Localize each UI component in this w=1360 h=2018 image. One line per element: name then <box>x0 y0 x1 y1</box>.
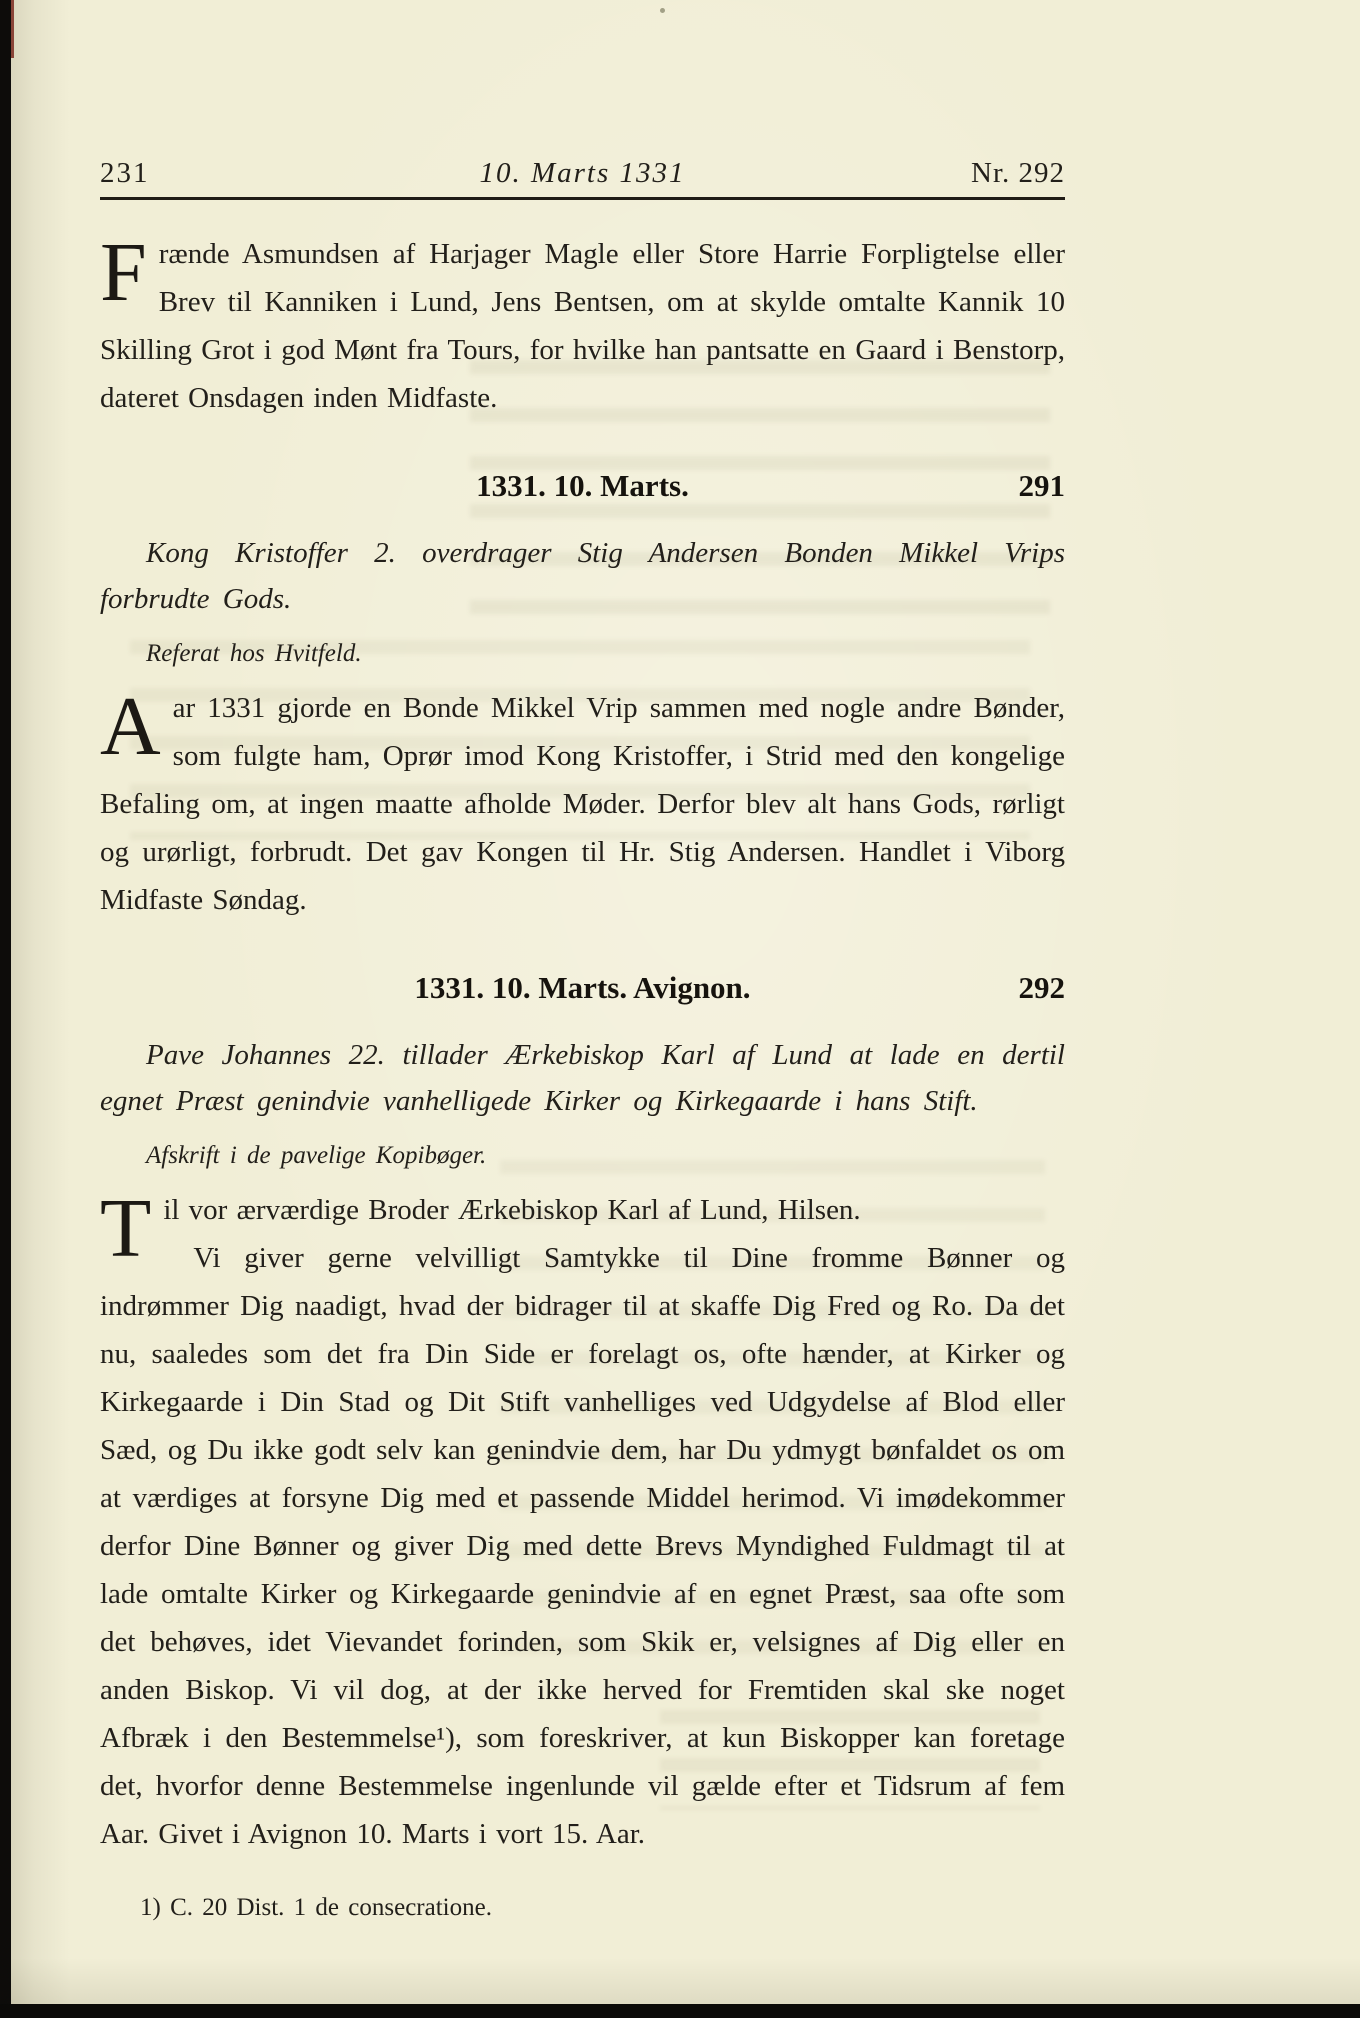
record-number: 292 <box>1019 970 1066 1006</box>
record-heading-row: 1331. 10. Marts. 291 <box>100 468 1065 504</box>
scan-edge-bottom <box>0 2004 1360 2018</box>
book-page: 231 10. Marts 1331 Nr. 292 Frænde Asmund… <box>100 150 1065 1924</box>
page-header: 231 10. Marts 1331 Nr. 292 <box>100 150 1065 190</box>
header-rule <box>100 197 1065 200</box>
record-number: 291 <box>1019 468 1066 504</box>
continuation-text: rænde Asmundsen af Harjager Magle eller … <box>100 238 1065 414</box>
drop-cap-initial: F <box>100 230 159 314</box>
record-date-heading: 1331. 10. Marts. Avignon. <box>414 970 750 1005</box>
scan-edge-left <box>0 0 11 2006</box>
running-title: 10. Marts 1331 <box>100 157 1065 190</box>
record-heading-row: 1331. 10. Marts. Avignon. 292 <box>100 970 1065 1006</box>
red-margin-mark <box>11 0 14 58</box>
drop-cap-initial: A <box>100 684 173 768</box>
record-source-note: Afskrift i de pavelige Kopibøger. <box>100 1140 1065 1172</box>
continuation-paragraph: Frænde Asmundsen af Harjager Magle eller… <box>100 230 1065 422</box>
record-body-text: ar 1331 gjorde en Bonde Mikkel Vrip samm… <box>100 692 1065 916</box>
record-292: 1331. 10. Marts. Avignon. 292 Pave Johan… <box>100 970 1065 1924</box>
record-body: Aar 1331 gjorde en Bonde Mikkel Vrip sam… <box>100 684 1065 924</box>
ink-speck <box>660 8 665 13</box>
record-number-ref: Nr. 292 <box>971 157 1065 190</box>
record-291: 1331. 10. Marts. 291 Kong Kristoffer 2. … <box>100 468 1065 924</box>
footnote: 1) C. 20 Dist. 1 de consecratione. <box>100 1892 1065 1924</box>
record-summary: Kong Kristoffer 2. overdrager Stig Ander… <box>100 530 1065 622</box>
record-summary: Pave Johannes 22. tillader Ærkebiskop Ka… <box>100 1032 1065 1124</box>
record-body: Til vor ærværdige Broder Ærkebiskop Karl… <box>100 1186 1065 1858</box>
record-salutation: il vor ærværdige Broder Ærkebiskop Karl … <box>163 1194 860 1226</box>
record-date-heading: 1331. 10. Marts. <box>476 468 689 503</box>
record-body-text: Vi giver gerne velvilligt Samtykke til D… <box>100 1242 1065 1850</box>
record-source-note: Referat hos Hvitfeld. <box>100 638 1065 670</box>
drop-cap-initial: T <box>100 1186 163 1270</box>
